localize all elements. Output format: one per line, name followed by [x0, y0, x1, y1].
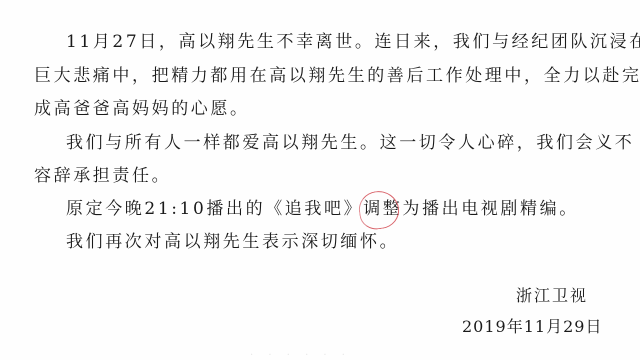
paragraph-1-line-2: 巨大悲痛中，把精力都用在高以翔先生的善后工作处理中，全力以赴完: [34, 66, 640, 86]
paragraph-3: 原定今晚21:10播出的《追我吧》调整为播出电视剧精编。: [66, 199, 579, 219]
paragraph-1-line-1: 11月27日，高以翔先生不幸离世。连日来，我们与经纪团队沉浸在: [66, 32, 640, 52]
circled-text: 调整: [363, 199, 402, 219]
signature-organization: 浙江卫视: [516, 283, 588, 306]
paragraph-1-line-3: 成高爸爸高妈妈的心愿。: [34, 99, 250, 119]
paragraph-3-before: 原定今晚21:10播出的《追我吧》: [66, 199, 363, 219]
paragraph-2-line-1: 我们与所有人一样都爱高以翔先生。这一切令人心碎，我们会义不: [66, 133, 634, 153]
paragraph-2-line-2: 容辞承担责任。: [34, 166, 171, 186]
statement-document: 11月27日，高以翔先生不幸离世。连日来，我们与经纪团队沉浸在 巨大悲痛中，把精…: [0, 0, 640, 360]
circled-word: 调整: [363, 199, 402, 219]
signature-date: 2019年11月29日: [462, 314, 602, 337]
paragraph-4-line-1: 我们再次对高以翔先生表示深切缅怀。: [66, 232, 399, 252]
watermark: · · · · · ·: [250, 350, 351, 360]
paragraph-3-after: 为播出电视剧精编。: [402, 199, 578, 219]
